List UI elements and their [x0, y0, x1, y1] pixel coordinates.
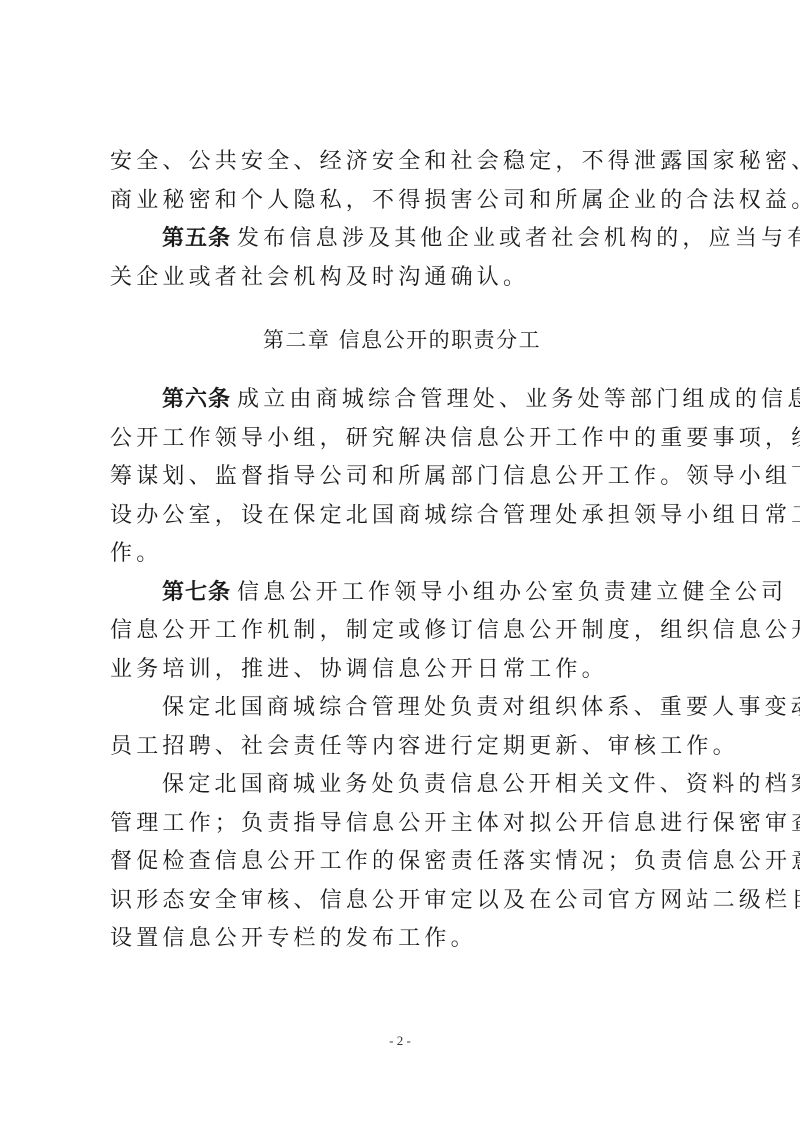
- text-line: 作。: [110, 535, 694, 574]
- article-label: 第七条: [162, 580, 231, 605]
- text-line: 督促检查信息公开工作的保密责任落实情况；负责信息公开意: [110, 843, 694, 882]
- text-line: 保定北国商城综合管理处负责对组织体系、重要人事变动、: [110, 689, 694, 728]
- text-line: 第六条成立由商城综合管理处、业务处等部门组成的信息: [110, 381, 694, 420]
- text-line: 信息公开工作机制，制定或修订信息公开制度，组织信息公开: [110, 612, 694, 651]
- text-line: 安全、公共安全、经济安全和社会稳定，不得泄露国家秘密、: [110, 143, 694, 182]
- spacer: [110, 359, 694, 381]
- chapter-heading: 第二章 信息公开的职责分工: [110, 321, 694, 359]
- text-line: 保定北国商城业务处负责信息公开相关文件、资料的档案: [110, 766, 694, 805]
- text-line: 第五条发布信息涉及其他企业或者社会机构的，应当与有: [110, 220, 694, 259]
- article-7: 第七条信息公开工作领导小组办公室负责建立健全公司 信息公开工作机制，制定或修订信…: [110, 574, 694, 690]
- text-line: 设办公室，设在保定北国商城综合管理处承担领导小组日常工: [110, 497, 694, 536]
- text-line: 商业秘密和个人隐私，不得损害公司和所属企业的合法权益。: [110, 182, 694, 221]
- document-page: 安全、公共安全、经济安全和社会稳定，不得泄露国家秘密、 商业秘密和个人隐私，不得…: [110, 143, 694, 959]
- text-span: 信息公开工作领导小组办公室负责建立健全公司: [237, 580, 787, 605]
- text-line: 第七条信息公开工作领导小组办公室负责建立健全公司: [110, 574, 694, 613]
- paragraph-admin-office: 保定北国商城综合管理处负责对组织体系、重要人事变动、 员工招聘、社会责任等内容进…: [110, 689, 694, 766]
- article-6: 第六条成立由商城综合管理处、业务处等部门组成的信息 公开工作领导小组，研究解决信…: [110, 381, 694, 574]
- text-line: 管理工作；负责指导信息公开主体对拟公开信息进行保密审查，: [110, 805, 694, 844]
- text-line: 业务培训，推进、协调信息公开日常工作。: [110, 651, 694, 690]
- article-label: 第五条: [162, 226, 231, 251]
- text-span: 成立由商城综合管理处、业务处等部门组成的信息: [237, 387, 800, 412]
- text-line: 关企业或者社会机构及时沟通确认。: [110, 259, 694, 298]
- text-line: 识形态安全审核、信息公开审定以及在公司官方网站二级栏目: [110, 882, 694, 921]
- text-span: 发布信息涉及其他企业或者社会机构的，应当与有: [237, 226, 800, 251]
- article-5: 第五条发布信息涉及其他企业或者社会机构的，应当与有 关企业或者社会机构及时沟通确…: [110, 220, 694, 297]
- article-label: 第六条: [162, 387, 231, 412]
- spacer: [110, 297, 694, 321]
- text-line: 筹谋划、监督指导公司和所属部门信息公开工作。领导小组下: [110, 458, 694, 497]
- text-line: 公开工作领导小组，研究解决信息公开工作中的重要事项，统: [110, 420, 694, 459]
- paragraph-business-office: 保定北国商城业务处负责信息公开相关文件、资料的档案 管理工作；负责指导信息公开主…: [110, 766, 694, 959]
- text-line: 员工招聘、社会责任等内容进行定期更新、审核工作。: [110, 728, 694, 767]
- page-number: - 2 -: [0, 1033, 800, 1049]
- text-line: 设置信息公开专栏的发布工作。: [110, 920, 694, 959]
- paragraph-continued: 安全、公共安全、经济安全和社会稳定，不得泄露国家秘密、 商业秘密和个人隐私，不得…: [110, 143, 694, 220]
